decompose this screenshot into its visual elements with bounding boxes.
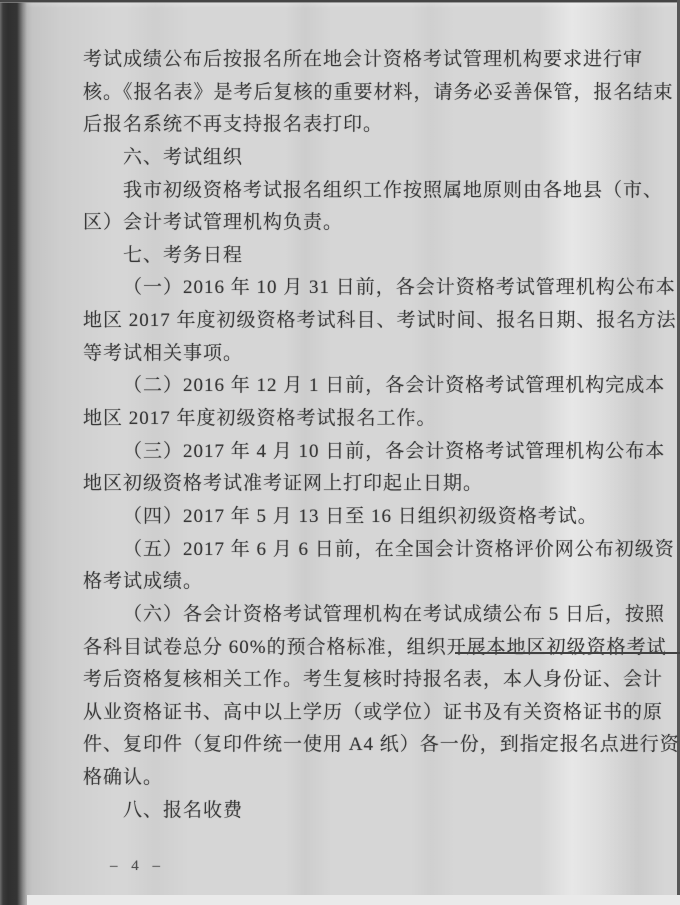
text-line: 地区初级资格考试准考证网上打印起止日期。 bbox=[83, 468, 645, 501]
text-line: （一）2016 年 10 月 31 日前，各会计资格考试管理机构公布本 bbox=[83, 272, 645, 305]
text-line: 核。《报名表》是考后复核的重要材料，请务必妥善保管，报名结束 bbox=[83, 77, 645, 110]
text-line: （六）各会计资格考试管理机构在考试成绩公布 5 日后，按照 bbox=[83, 599, 645, 632]
text-line: （三）2017 年 4 月 10 日前，各会计资格考试管理机构公布本 bbox=[83, 436, 645, 469]
text-line: 格考试成绩。 bbox=[83, 566, 645, 599]
scanner-bed-strip bbox=[27, 895, 680, 905]
text-line: 我市初级资格考试报名组织工作按照属地原则由各地县（市、 bbox=[83, 175, 645, 208]
text-line: 从业资格证书、高中以上学历（或学位）证书及有关资格证书的原 bbox=[83, 697, 645, 730]
page-number: – 4 – bbox=[110, 858, 165, 875]
strike-line-artifact bbox=[455, 652, 680, 654]
book-binding-edge bbox=[0, 0, 32, 905]
section-heading-six: 六、考试组织 bbox=[83, 142, 645, 175]
text-line: 地区 2017 年度初级资格考试报名工作。 bbox=[83, 403, 645, 436]
text-line: 考后资格复核相关工作。考生复核时持报名表，本人身份证、会计 bbox=[83, 664, 645, 697]
scan-top-edge bbox=[0, 0, 680, 3]
text-line: （二）2016 年 12 月 1 日前，各会计资格考试管理机构完成本 bbox=[83, 370, 645, 403]
text-line: 考试成绩公布后按报名所在地会计资格考试管理机构要求进行审 bbox=[83, 44, 645, 77]
text-line: 件、复印件（复印件统一使用 A4 纸）各一份，到指定报名点进行资 bbox=[83, 729, 645, 762]
text-line-struck: 各科目试卷总分 60%的预合格标准，组织开展本地区初级资格考试 bbox=[83, 632, 645, 665]
text-line: 地区 2017 年度初级资格考试科目、考试时间、报名日期、报名方法 bbox=[83, 305, 645, 338]
text-line: （四）2017 年 5 月 13 日至 16 日组织初级资格考试。 bbox=[83, 501, 645, 534]
text-line: （五）2017 年 6 月 6 日前，在全国会计资格评价网公布初级资 bbox=[83, 534, 645, 567]
text-line: 区）会计考试管理机构负责。 bbox=[83, 207, 645, 240]
section-heading-seven: 七、考务日程 bbox=[83, 240, 645, 273]
text-line: 后报名系统不再支持报名表打印。 bbox=[83, 109, 645, 142]
section-heading-eight: 八、报名收费 bbox=[83, 795, 645, 828]
text-line: 格确认。 bbox=[83, 762, 645, 795]
text-line: 等考试相关事项。 bbox=[83, 338, 645, 371]
scanned-document-page: { "document": { "page_number": "– 4 –", … bbox=[0, 0, 680, 905]
document-text: 考试成绩公布后按报名所在地会计资格考试管理机构要求进行审 核。《报名表》是考后复… bbox=[83, 44, 645, 827]
